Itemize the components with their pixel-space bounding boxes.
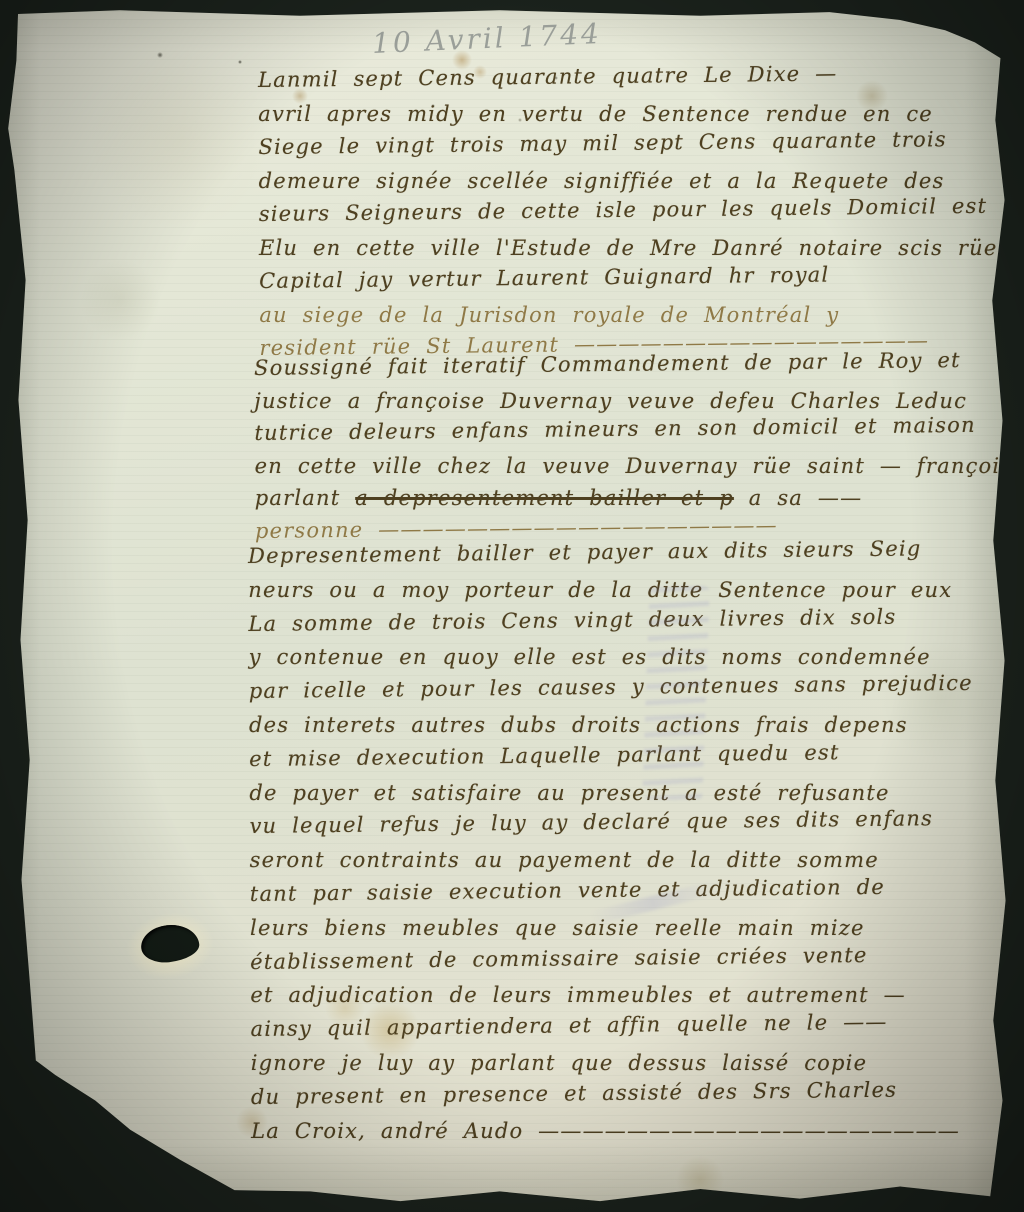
manuscript-line: sieurs Seigneurs de cette isle pour les … (259, 190, 998, 232)
archive-stamp (642, 584, 709, 801)
manuscript-line: La Croix, andré Audo ——————————————————— (251, 1115, 975, 1149)
manuscript-line: ainsy quil appartiendera et affin quelle… (250, 1005, 974, 1047)
struck-out-text: a depresentement bailler et p (355, 486, 734, 510)
manuscript-line: Lanmil sept Cens quarante quatre Le Dixe… (258, 56, 997, 98)
manuscript-scan: { "colors": { "background": "#1b221c", "… (0, 0, 1024, 1212)
manuscript-line: Depresentement bailler et payer aux dits… (248, 532, 972, 574)
manuscript-line: en cette ville chez la veuve Duvernay rü… (255, 449, 1013, 482)
manuscript-line: du present en presence et assisté des Sr… (251, 1073, 975, 1115)
document-paper: 10 Avril 1744 Lanmil sept Cens quarante … (0, 0, 1024, 1212)
strike-line-suffix: a sa —— (734, 486, 862, 510)
paragraph-commandement: Soussigné fait iteratif Commandement de … (254, 348, 1013, 547)
strike-line-prefix: parlant (255, 486, 355, 510)
manuscript-line: vu lequel refus je luy ay declaré que se… (249, 802, 973, 844)
manuscript-line: Siege le vingt trois may mil sept Cens q… (258, 123, 997, 165)
manuscript-line: par icelle et pour les causes y contenue… (249, 667, 973, 709)
paragraph-commandement-lines: Soussigné fait iteratif Commandement de … (254, 348, 1012, 482)
paragraph-sentence-recital: Lanmil sept Cens quarante quatre Le Dixe… (258, 60, 998, 365)
manuscript-line: Capital jay vertur Laurent Guignard hr r… (259, 257, 998, 299)
paragraph-sommation: Depresentement bailler et payer aux dits… (248, 536, 975, 1148)
manuscript-line: et mise dexecution Laquelle parlant qued… (249, 735, 973, 777)
